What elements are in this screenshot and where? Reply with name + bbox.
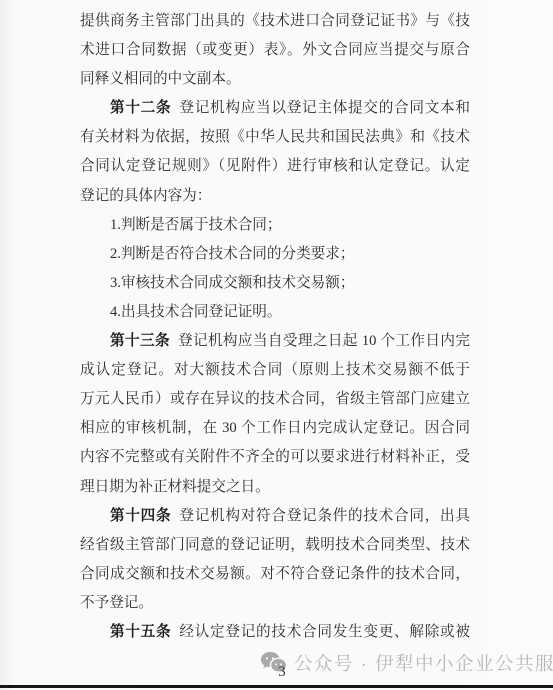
text-line: 有关材料为依据，按照《中华人民共和国民法典》和《技术 (80, 123, 470, 152)
text-line: 3.审核技术合同成交额和技术交易额； (80, 269, 470, 298)
text-line: 成认定登记。对大额技术合同（原则上技术交易额不低于 500 (80, 356, 470, 385)
text-line: 第十三条登记机构应当自受理之日起 10 个工作日内完 (80, 327, 470, 356)
line-text: 登记机构应当以登记主体提交的合同文本和 (179, 100, 470, 116)
text-line: 万元人民币）或存在异议的技术合同，省级主管部门应建立 (80, 385, 470, 414)
article-heading: 第十五条 (110, 624, 171, 640)
text-line: 2.判断是否符合技术合同的分类要求； (80, 240, 470, 269)
text-line: 理日期为补正材料提交之日。 (80, 473, 470, 502)
page-number: 3 (275, 664, 289, 681)
line-text: 经认定登记的技术合同发生变更、解除或被 (179, 624, 470, 640)
text-line: 第十二条登记机构应当以登记主体提交的合同文本和 (80, 94, 470, 123)
text-line: 合同成交额和技术交易额。对不符合登记条件的技术合同， (80, 560, 470, 589)
text-line: 内容不完整或有关附件不齐全的可以要求进行材料补正，受 (80, 443, 470, 472)
text-line: 第十五条经认定登记的技术合同发生变更、解除或被 (80, 618, 470, 647)
text-line: 同释义相同的中文副本。 (80, 65, 470, 94)
watermark: 公众号 · 伊犁中小企业公共服务平台 (260, 648, 553, 678)
text-line: 术进口合同数据（或变更）表》。外文合同应当提交与原合 (80, 36, 470, 65)
text-line: 登记的具体内容为： (80, 182, 470, 211)
line-text: 登记机构对符合登记条件的技术合同，出具 (179, 508, 470, 524)
text-line: 4.出具技术合同登记证明。 (80, 298, 470, 327)
text-line: 合同认定登记规则》（见附件）进行审核和认定登记。认定 (80, 152, 470, 181)
article-heading: 第十二条 (110, 100, 171, 116)
line-text: 登记机构应当自受理之日起 10 个工作日内完 (178, 333, 470, 349)
text-line: 提供商务主管部门出具的《技术进口合同登记证书》与《技 (80, 7, 470, 36)
article-heading: 第十三条 (110, 333, 170, 349)
document-text-block: 提供商务主管部门出具的《技术进口合同登记证书》与《技术进口合同数据（或变更）表》… (80, 7, 470, 647)
text-line: 相应的审核机制，在 30 个工作日内完成认定登记。因合同 (80, 414, 470, 443)
text-line: 经省级主管部门同意的登记证明，载明技术合同类型、技术 (80, 531, 470, 560)
bottom-border-bar (0, 685, 553, 688)
document-page: 提供商务主管部门出具的《技术进口合同登记证书》与《技术进口合同数据（或变更）表》… (0, 0, 553, 690)
article-heading: 第十四条 (110, 508, 171, 524)
text-line: 1.判断是否属于技术合同； (80, 211, 470, 240)
watermark-text: 公众号 · 伊犁中小企业公共服务平台 (294, 650, 553, 676)
text-line: 不予登记。 (80, 589, 470, 618)
text-line: 第十四条登记机构对符合登记条件的技术合同，出具 (80, 502, 470, 531)
